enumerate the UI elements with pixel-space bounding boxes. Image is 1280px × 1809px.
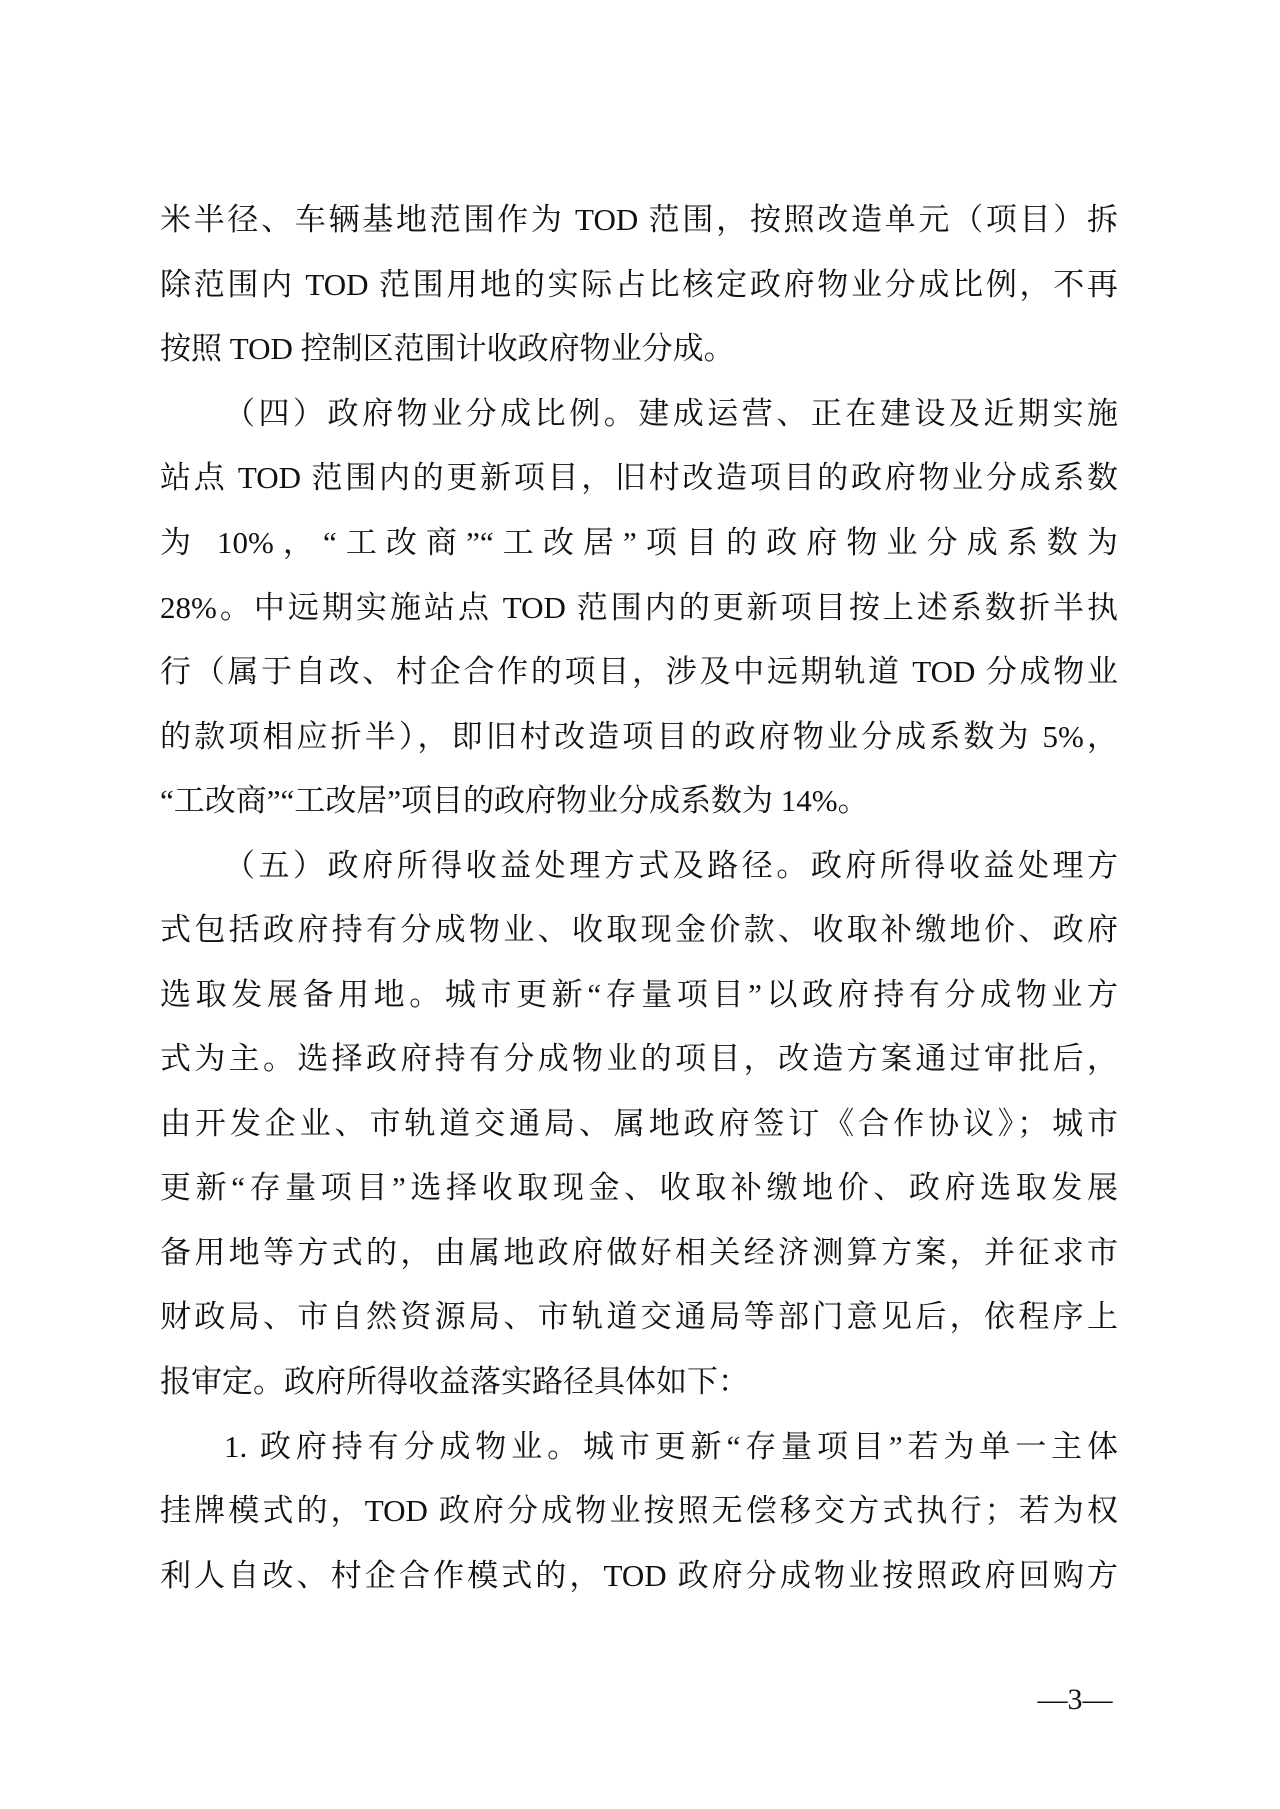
text-line-19: 报审定。政府所得收益落实路径具体如下： xyxy=(160,1360,1118,1404)
page-number: —3— xyxy=(1030,1680,1120,1720)
text-line-21: 挂牌模式的，TOD 政府分成物业按照无偿移交方式执行；若为权 xyxy=(160,1489,1118,1533)
text-line-12: 式包括政府持有分成物业、收取现金价款、收取补缴地价、政府 xyxy=(160,908,1118,952)
text-line-5: 站点 TOD 范围内的更新项目，旧村改造项目的政府物业分成系数 xyxy=(160,456,1118,500)
text-line-9: 的款项相应折半），即旧村改造项目的政府物业分成系数为 5%， xyxy=(160,715,1118,759)
document-page: 米半径、车辆基地范围作为 TOD 范围，按照改造单元（项目）拆 除范围内 TOD… xyxy=(0,0,1280,1809)
text-line-8: 行（属于自改、村企合作的项目，涉及中远期轨道 TOD 分成物业 xyxy=(160,650,1118,694)
text-line-2: 除范围内 TOD 范围用地的实际占比核定政府物业分成比例，不再 xyxy=(160,263,1118,307)
text-line-10: “工改商”“工改居”项目的政府物业分成系数为 14%。 xyxy=(160,779,1118,823)
section-heading-5: （五）政府所得收益处理方式及路径。政府所得收益处理方 xyxy=(224,844,1118,888)
text-line-14: 式为主。选择政府持有分成物业的项目，改造方案通过审批后， xyxy=(160,1037,1118,1081)
text-line-17: 备用地等方式的，由属地政府做好相关经济测算方案，并征求市 xyxy=(160,1231,1118,1275)
text-line-3: 按照 TOD 控制区范围计收政府物业分成。 xyxy=(160,327,1118,371)
text-line-22: 利人自改、村企合作模式的，TOD 政府分成物业按照政府回购方 xyxy=(160,1554,1118,1598)
text-line-1: 米半径、车辆基地范围作为 TOD 范围，按照改造单元（项目）拆 xyxy=(160,198,1118,242)
text-line-16: 更新“存量项目”选择收取现金、收取补缴地价、政府选取发展 xyxy=(160,1166,1118,1210)
text-line-15: 由开发企业、市轨道交通局、属地政府签订《合作协议》；城市 xyxy=(160,1102,1118,1146)
text-line-13: 选取发展备用地。城市更新“存量项目”以政府持有分成物业方 xyxy=(160,973,1118,1017)
text-line-6: 为 10%，“工改商”“工改居”项目的政府物业分成系数为 xyxy=(160,521,1118,565)
text-line-18: 财政局、市自然资源局、市轨道交通局等部门意见后，依程序上 xyxy=(160,1295,1118,1339)
text-line-7: 28%。中远期实施站点 TOD 范围内的更新项目按上述系数折半执 xyxy=(160,586,1118,630)
section-heading-4: （四）政府物业分成比例。建成运营、正在建设及近期实施 xyxy=(224,392,1118,436)
numbered-item-1: 1. 政府持有分成物业。城市更新“存量项目”若为单一主体 xyxy=(224,1425,1118,1469)
